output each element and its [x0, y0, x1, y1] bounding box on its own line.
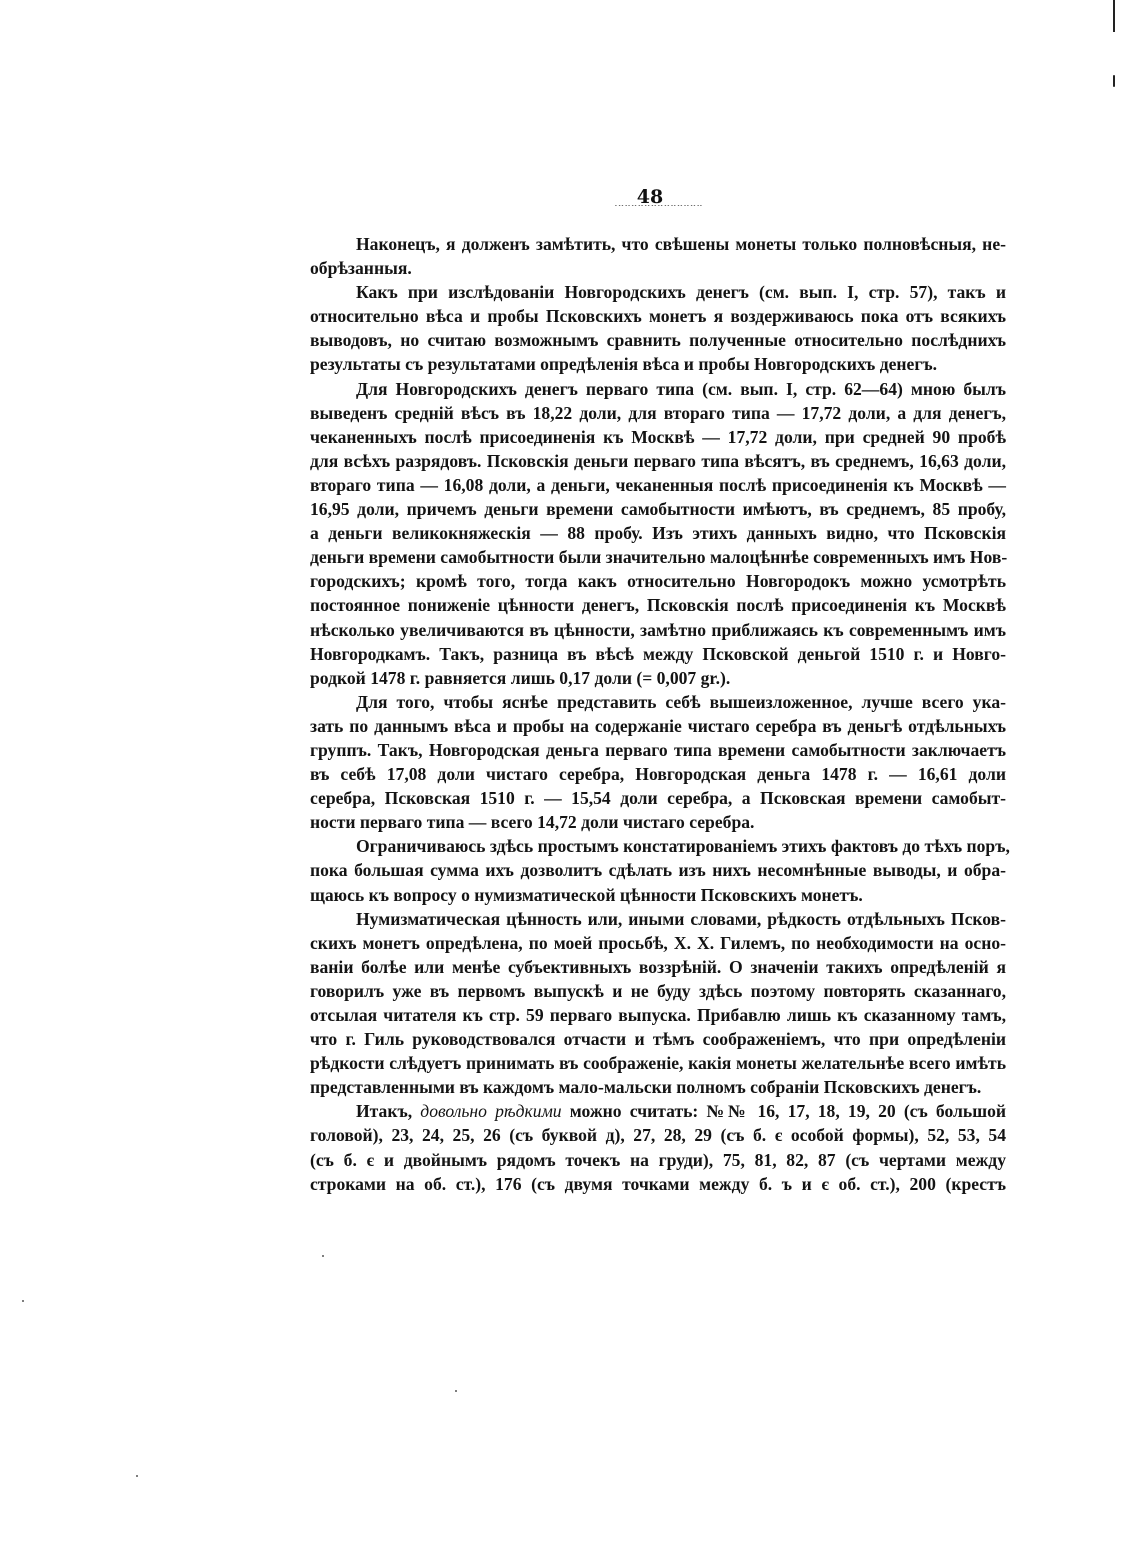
text-line: зать по даннымъ вѣса и пробы на содержан… [310, 714, 1006, 738]
scanned-page: 48 ^^^^^^^^^^^^^^^^ Наконецъ, я долженъ … [0, 0, 1140, 1548]
text-line: Наконецъ, я долженъ замѣтить, что свѣшен… [310, 232, 1006, 256]
text-line: строками на об. ст.), 176 (съ двумя точк… [310, 1172, 1006, 1196]
text-line: въ себѣ 17,08 доли чистаго серебра, Новг… [310, 762, 1006, 786]
text-line: результаты съ результатами опредѣленія в… [310, 352, 1006, 376]
text-line: втораго типа — 16,08 доли, а деньги, чек… [310, 473, 1006, 497]
text-line: постоянное пониженіе цѣнности денегъ, Пс… [310, 593, 1006, 617]
text-line: Для того, чтобы яснѣе представить себѣ в… [310, 690, 1006, 714]
text-line: рѣдкости слѣдуетъ принимать въ соображен… [310, 1051, 1006, 1075]
text-line: головой), 23, 24, 25, 26 (съ буквой д), … [310, 1123, 1006, 1147]
text-line: (съ б. є и двойнымъ рядомъ точекъ на гру… [310, 1148, 1006, 1172]
paragraph: Нумизматическая цѣнность или, иными слов… [310, 907, 1006, 1100]
text-line: говорилъ уже въ первомъ выпускѣ и не буд… [310, 979, 1006, 1003]
scan-edge-mark [1113, 75, 1115, 87]
text-line: Нумизматическая цѣнность или, иными слов… [310, 907, 1006, 931]
text-line: выводовъ, но считаю возможнымъ сравнить … [310, 328, 1006, 352]
text-line: деньги времени самобытности были значите… [310, 545, 1006, 569]
text-line: родкой 1478 г. равняется лишь 0,17 доли … [310, 666, 1006, 690]
paragraph: Для того, чтобы яснѣе представить себѣ в… [310, 690, 1006, 835]
text-line: 16,95 доли, причемъ деньги времени самоб… [310, 497, 1006, 521]
text-line: ности перваго типа — всего 14,72 доли чи… [310, 810, 1006, 834]
text-line: а деньги великокняжескія — 88 пробу. Изъ… [310, 521, 1006, 545]
text-line: скихъ монетъ опредѣлена, по моей просьбѣ… [310, 931, 1006, 955]
text-line: выведенъ средній вѣсъ въ 18,22 доли, для… [310, 401, 1006, 425]
scan-speck [22, 1300, 24, 1302]
text-line: Итакъ, довольно рѣдкими можно считать: №… [310, 1099, 1006, 1123]
paragraph: Ограничиваюсь здѣсь простымъ констатиров… [310, 834, 1006, 906]
text-line: чеканенныхъ послѣ присоединенія къ Москв… [310, 425, 1006, 449]
text-line: обрѣзанныя. [310, 256, 1006, 280]
text-run: можно считать: №№ 16, 17, 18, 19, 20 (съ… [562, 1101, 1006, 1121]
text-line: группъ. Такъ, Новгородская деньга перваг… [310, 738, 1006, 762]
text-line: щаюсь къ вопросу о нумизматической цѣнно… [310, 883, 1006, 907]
paragraph: Какъ при изслѣдованіи Новгородскихъ дене… [310, 280, 1006, 376]
text-run: Итакъ, [356, 1101, 420, 1121]
paragraph: Для Новгородскихъ денегъ перваго типа (с… [310, 377, 1006, 690]
text-line: для всѣхъ разрядовъ. Псковскія деньги пе… [310, 449, 1006, 473]
scan-speck [455, 1390, 457, 1392]
scan-speck [136, 1475, 138, 1477]
paragraph: Наконецъ, я долженъ замѣтить, что свѣшен… [310, 232, 1006, 280]
text-line: Для Новгородскихъ денегъ перваго типа (с… [310, 377, 1006, 401]
text-line: ваніи болѣе или менѣе субъективныхъ возз… [310, 955, 1006, 979]
text-line: Новгородкамъ. Такъ, разница въ вѣсѣ межд… [310, 642, 1006, 666]
text-line: городскихъ; кромѣ того, тогда какъ относ… [310, 569, 1006, 593]
page-number-ornament: ^^^^^^^^^^^^^^^^ [614, 205, 702, 211]
emphasis-text: довольно рѣдкими [420, 1101, 561, 1121]
scan-speck [322, 1255, 324, 1257]
text-line: что г. Гиль руководствовался отчасти и т… [310, 1027, 1006, 1051]
paragraph: Итакъ, довольно рѣдкими можно считать: №… [310, 1099, 1006, 1195]
body-text: Наконецъ, я долженъ замѣтить, что свѣшен… [310, 232, 1006, 1196]
text-line: пока большая сумма ихъ дозволитъ сдѣлать… [310, 858, 1006, 882]
text-line: отсылая читателя къ стр. 59 перваго выпу… [310, 1003, 1006, 1027]
text-line: Ограничиваюсь здѣсь простымъ констатиров… [310, 834, 1006, 858]
text-line: серебра, Псковская 1510 г. — 15,54 доли … [310, 786, 1006, 810]
scan-edge-mark [1113, 0, 1115, 32]
text-line: относительно вѣса и пробы Псковскихъ мон… [310, 304, 1006, 328]
text-line: Какъ при изслѣдованіи Новгородскихъ дене… [310, 280, 1006, 304]
text-line: нѣсколько увеличиваются въ цѣнности, зам… [310, 618, 1006, 642]
text-line: представленными въ каждомъ мало-мальски … [310, 1075, 1006, 1099]
